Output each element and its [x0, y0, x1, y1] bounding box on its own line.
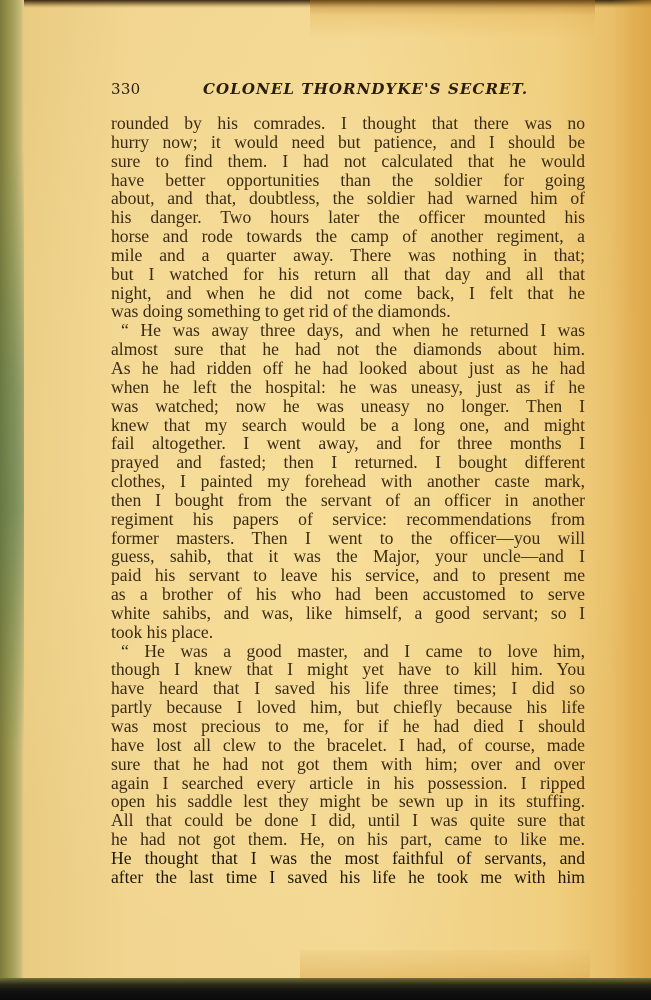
text-line: have lost all clew to the bracelet. I ha… — [111, 736, 585, 755]
text-line: hurry now; it would need but patience, a… — [111, 133, 585, 152]
text-line: former masters. Then I went to the offic… — [111, 529, 585, 548]
text-line: almost sure that he had not the diamonds… — [111, 340, 585, 359]
text-line: though I knew that I might yet have to k… — [111, 660, 585, 679]
text-line: knew that my search would be a long one,… — [111, 416, 585, 435]
text-line: then I bought from the servant of an off… — [111, 491, 585, 510]
text-line: All that could be done I did, until I wa… — [111, 811, 585, 830]
text-line: rounded by his comrades. I thought that … — [111, 114, 585, 133]
text-line: fail altogether. I went away, and for th… — [111, 434, 585, 453]
text-line: was watched; now he was uneasy no longer… — [111, 397, 585, 416]
text-line: horse and rode towards the camp of anoth… — [111, 227, 585, 246]
paragraph-start: “ He was away three days, and when he re… — [111, 321, 585, 340]
text-line: sure to find them. I had not calculated … — [111, 152, 585, 171]
text-line: have better opportunities than the soldi… — [111, 171, 585, 190]
text-line: took his place. — [111, 623, 585, 642]
text-line: was most precious to me, for if he had d… — [111, 717, 585, 736]
spine-shadow — [0, 150, 24, 750]
text-line: sure that he had not got them with him; … — [111, 755, 585, 774]
page-edge-right — [611, 0, 651, 1000]
text-line: clothes, I painted my forehead with anot… — [111, 472, 585, 491]
text-line: again I searched every article in his po… — [111, 774, 585, 793]
running-head: 330 COLONEL THORNDYKE'S SECRET. — [111, 80, 586, 100]
text-line: paid his servant to leave his service, a… — [111, 566, 585, 585]
text-line: mile and a quarter away. There was nothi… — [111, 246, 585, 265]
text-line: prayed and fasted; then I returned. I bo… — [111, 453, 585, 472]
text-line: have heard that I saved his life three t… — [111, 679, 585, 698]
text-line: night, and when he did not come back, I … — [111, 284, 585, 303]
book-page: 330 COLONEL THORNDYKE'S SECRET. rounded … — [0, 0, 651, 1000]
page-edge-bottom — [0, 978, 651, 1000]
text-line: about, and that, doubtless, the soldier … — [111, 189, 585, 208]
text-line: white sahibs, and was, like himself, a g… — [111, 604, 585, 623]
text-line: after the last time I saved his life he … — [111, 868, 585, 887]
text-line: partly because I loved him, but chiefly … — [111, 698, 585, 717]
scan-artifact-top — [310, 0, 595, 38]
text-line: his danger. Two hours later the officer … — [111, 208, 585, 227]
text-line: he had not got them. He, on his part, ca… — [111, 830, 585, 849]
text-line: as a brother of his who had been accusto… — [111, 585, 585, 604]
text-line: open his saddle lest they might be sewn … — [111, 792, 585, 811]
page-number: 330 — [111, 80, 141, 98]
text-line: but I watched for his return all that da… — [111, 265, 585, 284]
text-line: when he left the hospital: he was uneasy… — [111, 378, 585, 397]
scan-artifact-bottom — [300, 950, 590, 980]
text-line: regiment his papers of service: recommen… — [111, 510, 585, 529]
text-line: He thought that I was the most faithful … — [111, 849, 585, 868]
text-line: was doing something to get rid of the di… — [111, 302, 585, 321]
text-line: guess, sahib, that it was the Major, you… — [111, 547, 585, 566]
body-text: rounded by his comrades. I thought that … — [111, 114, 585, 887]
running-title: COLONEL THORNDYKE'S SECRET. — [203, 80, 528, 98]
paragraph-start: “ He was a good master, and I came to lo… — [111, 642, 585, 661]
text-line: As he had ridden off he had looked about… — [111, 359, 585, 378]
